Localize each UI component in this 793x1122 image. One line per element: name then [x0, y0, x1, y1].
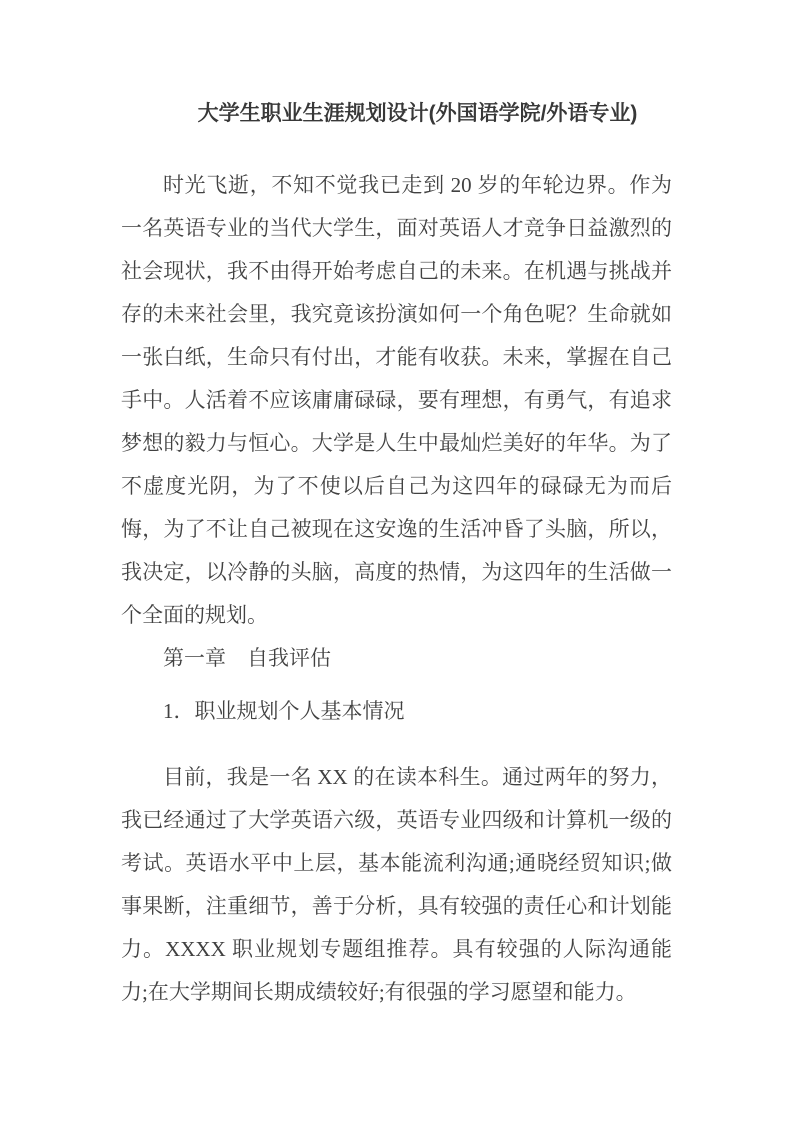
intro-paragraph: 时光飞逝，不知不觉我已走到 20 岁的年轮边界。作为一名英语专业的当代大学生，面… [121, 164, 672, 637]
document-title: 大学生职业生涯规划设计(外国语学院/外语专业) [121, 92, 672, 136]
document-content: 大学生职业生涯规划设计(外国语学院/外语专业) 时光飞逝，不知不觉我已走到 20… [121, 92, 672, 1014]
section-1-heading: 1．职业规划个人基本情况 [121, 690, 672, 733]
section-1-paragraph: 目前，我是一名 XX 的在读本科生。通过两年的努力，我已经通过了大学英语六级，英… [121, 756, 672, 1014]
chapter-1-heading: 第一章 自我评估 [121, 637, 672, 680]
document-page: 大学生职业生涯规划设计(外国语学院/外语专业) 时光飞逝，不知不觉我已走到 20… [0, 0, 793, 1122]
